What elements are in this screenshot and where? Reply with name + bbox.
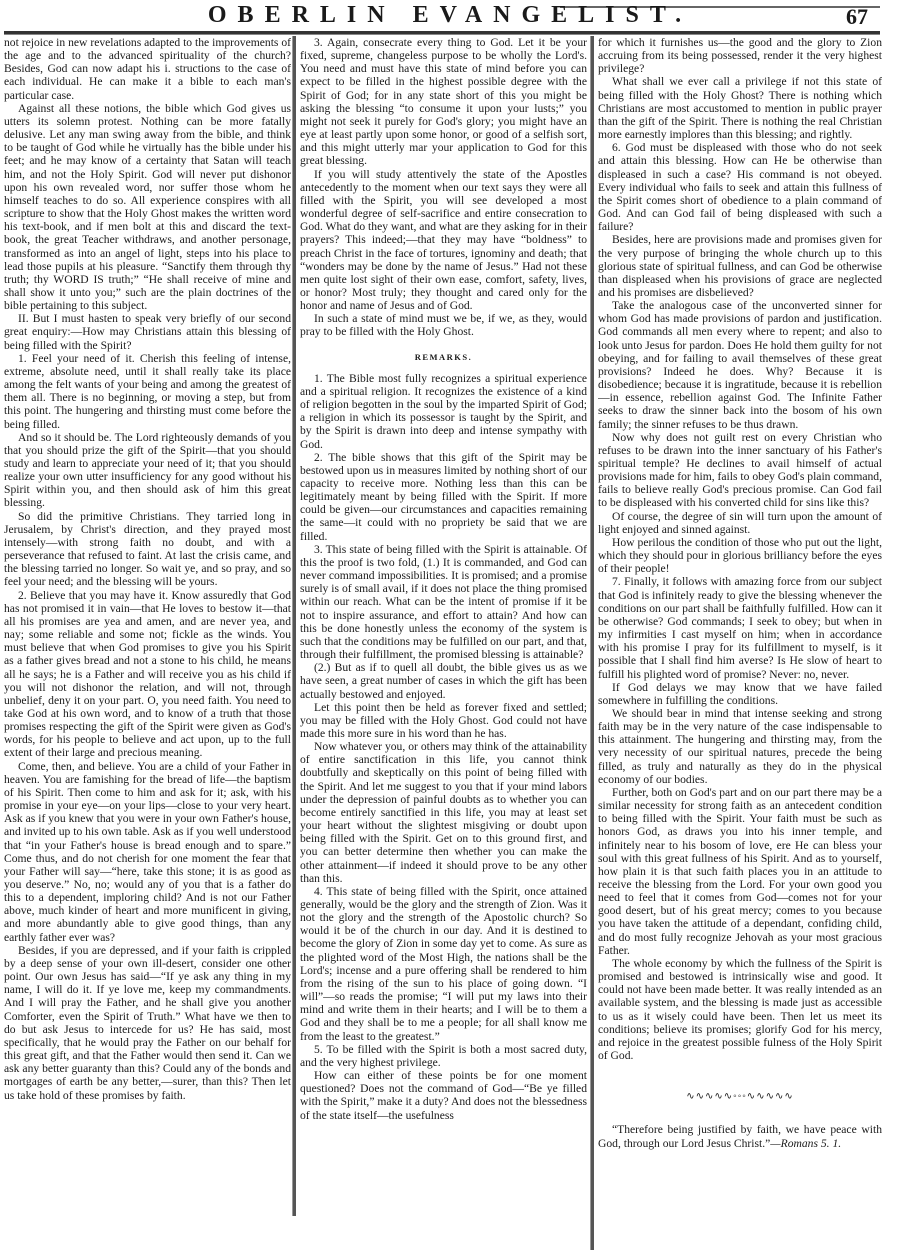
- paragraph: Now why does not guilt rest on every Chr…: [598, 431, 882, 510]
- paragraph: for which it furnishes us—the good and t…: [598, 36, 882, 75]
- column-2: 3. Again, consecrate every thing to God.…: [300, 36, 587, 1244]
- paragraph: So did the primitive Christians. They ta…: [4, 510, 291, 589]
- ornament-divider-icon: ∿∿∿∿∿◦◦◦∿∿∿∿∿: [598, 1090, 882, 1103]
- paragraph: Take the analogous case of the unconvert…: [598, 299, 882, 431]
- paragraph: How perilous the condition of those who …: [598, 536, 882, 575]
- column-divider: [292, 36, 296, 1216]
- paragraph: If you will study attentively the state …: [300, 168, 587, 313]
- paragraph: II. But I must hasten to speak very brie…: [4, 312, 291, 351]
- masthead-rule: [4, 31, 880, 35]
- column-divider: [590, 36, 594, 1250]
- paragraph: Let this point then be held as forever f…: [300, 701, 587, 740]
- paragraph: 4. This state of being filled with the S…: [300, 885, 587, 1043]
- text-columns: not rejoice in new revelations adapted t…: [0, 36, 900, 1250]
- paragraph: Besides, here are provisions made and pr…: [598, 233, 882, 299]
- paragraph: 5. To be filled with the Spirit is both …: [300, 1043, 587, 1069]
- page-number: 67: [846, 4, 868, 30]
- masthead: OBERLIN EVANGELIST. 67: [0, 0, 900, 34]
- paragraph: 2. The bible shows that this gift of the…: [300, 451, 587, 543]
- paragraph: If God delays we may know that we have f…: [598, 681, 882, 707]
- paragraph: 3. Again, consecrate every thing to God.…: [300, 36, 587, 168]
- paragraph: Further, both on God's part and on our p…: [598, 786, 882, 957]
- paragraph: (2.) But as if to quell all doubt, the b…: [300, 661, 587, 700]
- paragraph: 1. Feel your need of it. Cherish this fe…: [4, 352, 291, 431]
- column-3: for which it furnishes us—the good and t…: [598, 36, 882, 1244]
- paragraph: Come, then, and believe. You are a child…: [4, 760, 291, 944]
- paragraph: Now whatever you, or others may think of…: [300, 740, 587, 885]
- paragraph: 1. The Bible most fully recognizes a spi…: [300, 372, 587, 451]
- paragraph: The whole economy by which the fullness …: [598, 957, 882, 1062]
- paragraph: 6. God must be displeased with those who…: [598, 141, 882, 233]
- paragraph: 2. Believe that you may have it. Know as…: [4, 589, 291, 760]
- paragraph: We should bear in mind that intense seek…: [598, 707, 882, 786]
- section-heading-remarks: REMARKS.: [300, 351, 587, 364]
- paragraph: What shall we ever call a privilege if n…: [598, 75, 882, 141]
- paragraph: How can either of these points be for on…: [300, 1069, 587, 1122]
- paragraph: Against all these notions, the bible whi…: [4, 102, 291, 313]
- scripture-quote: “Therefore being justified by faith, we …: [598, 1123, 882, 1149]
- newspaper-title: OBERLIN EVANGELIST.: [0, 2, 900, 29]
- paragraph: not rejoice in new revelations adapted t…: [4, 36, 291, 102]
- paragraph: Of course, the degree of sin will turn u…: [598, 510, 882, 536]
- paragraph: And so it should be. The Lord righteousl…: [4, 431, 291, 510]
- column-1: not rejoice in new revelations adapted t…: [4, 36, 291, 1244]
- paragraph: In such a state of mind must we be, if w…: [300, 312, 587, 338]
- scripture-reference: —Romans 5. 1.: [770, 1137, 841, 1150]
- paragraph: Besides, if you are depressed, and if yo…: [4, 944, 291, 1102]
- paragraph: 3. This state of being filled with the S…: [300, 543, 587, 661]
- paragraph: 7. Finally, it follows with amazing forc…: [598, 575, 882, 680]
